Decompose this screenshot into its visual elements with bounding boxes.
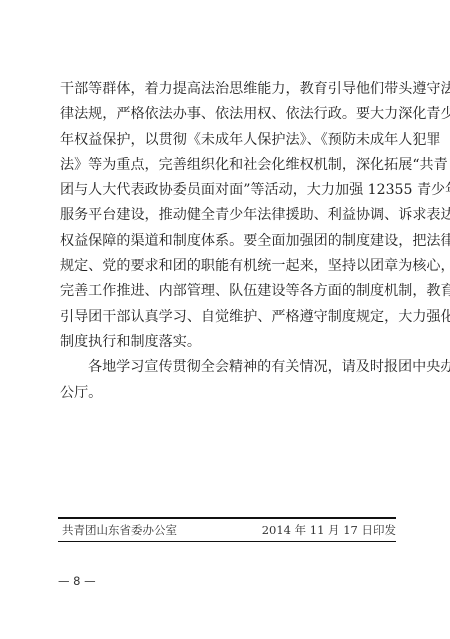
footer-rule-top xyxy=(58,517,396,519)
body-line: 年权益保护，以贯彻《未成年人保护法》、《预防未成年人犯罪 xyxy=(60,128,398,153)
body-line: 引导团干部认真学习、自觉维护、严格遵守制度规定，大力强化 xyxy=(60,305,398,330)
body-line: 律法规，严格依法办事、依法用权、依法行政。要大力深化青少 xyxy=(60,102,398,127)
body-line: 干部等群体，着力提高法治思维能力，教育引导他们带头遵守法 xyxy=(60,77,398,102)
footer-rule-bottom xyxy=(58,541,396,542)
body-line: 团与人大代表政协委员面对面”等活动，大力加强 12355 青少年 xyxy=(60,178,398,203)
body-line: 法》等为重点，完善组织化和社会化维权机制，深化拓展“共青 xyxy=(60,153,398,178)
body-line: 完善工作推进、内部管理、队伍建设等各方面的制度机制，教育 xyxy=(60,279,398,304)
page-number: — 8 — xyxy=(58,573,96,589)
issue-date: 2014 年 11 月 17 日印发 xyxy=(262,521,396,539)
issuer-name: 共青团山东省委办公室 xyxy=(62,521,177,539)
body-line: 规定、党的要求和团的职能有机统一起来，坚持以团章为核心， xyxy=(60,254,398,279)
issuance-footer: 共青团山东省委办公室 2014 年 11 月 17 日印发 xyxy=(62,521,396,539)
body-text: 干部等群体，着力提高法治思维能力，教育引导他们带头遵守法 律法规，严格依法办事、… xyxy=(60,77,398,406)
body-line: 公厅。 xyxy=(60,381,398,406)
body-line: 服务平台建设，推动健全青少年法律援助、利益协调、诉求表达、 xyxy=(60,203,398,228)
body-line: 权益保障的渠道和制度体系。要全面加强团的制度建设，把法律 xyxy=(60,229,398,254)
body-line-paragraph-start: 各地学习宣传贯彻全会精神的有关情况，请及时报团中央办 xyxy=(60,355,398,380)
document-page: 干部等群体，着力提高法治思维能力，教育引导他们带头遵守法 律法规，严格依法办事、… xyxy=(0,0,450,639)
body-line: 制度执行和制度落实。 xyxy=(60,330,398,355)
